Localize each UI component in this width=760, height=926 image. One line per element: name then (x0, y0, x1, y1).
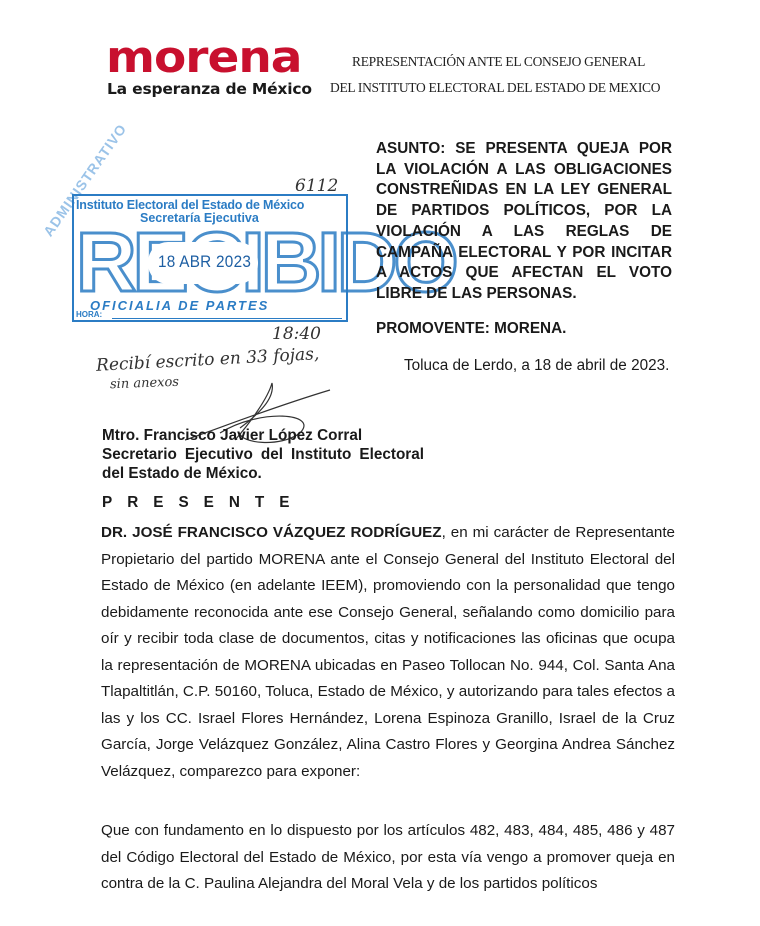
salutation: PRESENTE (102, 494, 304, 512)
handwritten-time: 18:40 (272, 324, 321, 344)
header-line-2: DEL INSTITUTO ELECTORAL DEL ESTADO DE ME… (330, 80, 660, 96)
addressee-title-2: del Estado de México. (102, 464, 424, 483)
logo-tagline: La esperanza de México (107, 80, 312, 98)
asunto-subject: ASUNTO: SE PRESENTA QUEJA POR LA VIOLACI… (376, 139, 672, 305)
body-paragraph-1: DR. JOSÉ FRANCISCO VÁZQUEZ RODRÍGUEZ, en… (101, 520, 675, 785)
handwritten-folio: 6112 (295, 176, 338, 196)
promovente: PROMOVENTE: MORENA. (376, 320, 566, 338)
body-paragraph-1-text: , en mi carácter de Representante Propie… (101, 524, 675, 780)
stamp-date: 18 ABR 2023 (158, 252, 251, 272)
handwritten-note-line-2: sin anexos (110, 375, 179, 392)
stamp-hora-line (112, 318, 342, 319)
stamp-office: OFICIALIA DE PARTES (90, 298, 269, 313)
body-paragraph-2: Que con fundamento en lo dispuesto por l… (101, 818, 675, 898)
representative-name: DR. JOSÉ FRANCISCO VÁZQUEZ RODRÍGUEZ (101, 524, 442, 541)
addressee-title-1: Secretario Ejecutivo del Instituto Elect… (102, 445, 424, 464)
addressee-name: Mtro. Francisco Javier López Corral (102, 426, 424, 445)
header-line-1: REPRESENTACIÓN ANTE EL CONSEJO GENERAL (352, 54, 645, 70)
morena-logo: morena (106, 36, 302, 79)
stamp-institution: Instituto Electoral del Estado de México (76, 198, 304, 212)
place-date: Toluca de Lerdo, a 18 de abril de 2023. (404, 357, 669, 375)
addressee-block: Mtro. Francisco Javier López Corral Secr… (102, 426, 424, 483)
stamp-hora-label: HORA: (76, 310, 102, 319)
received-stamp: ADMINISTRATIVO Instituto Electoral del E… (40, 170, 360, 350)
